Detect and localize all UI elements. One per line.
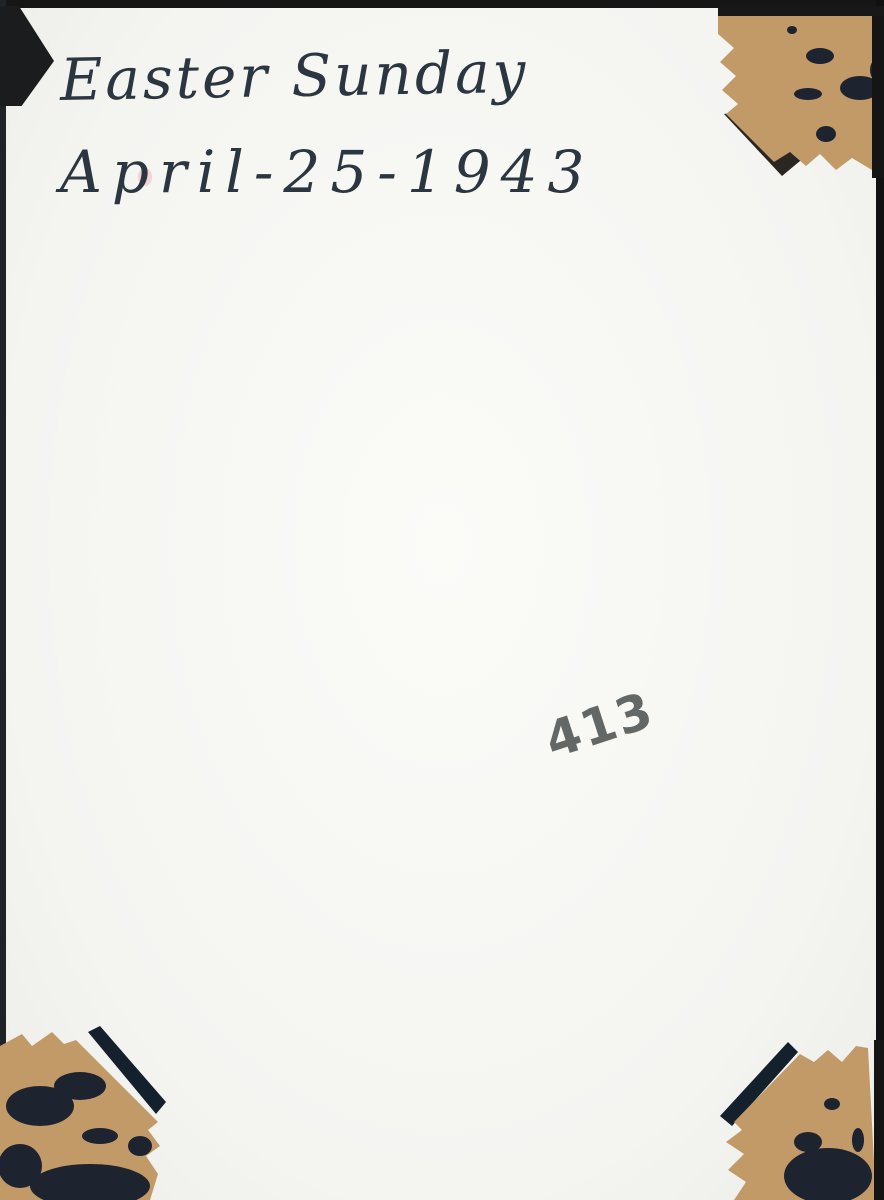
corner-mount-top-right xyxy=(712,6,884,178)
corner-mount-bottom-right xyxy=(718,1032,884,1200)
handwritten-title: Easter Sunday xyxy=(59,18,741,130)
handwritten-caption: Easter Sunday April-25-1943 xyxy=(60,30,740,222)
scan-right-edge xyxy=(876,0,884,1200)
handwritten-date: April-25-1943 xyxy=(60,122,740,222)
corner-mount-bottom-left xyxy=(0,1026,170,1200)
